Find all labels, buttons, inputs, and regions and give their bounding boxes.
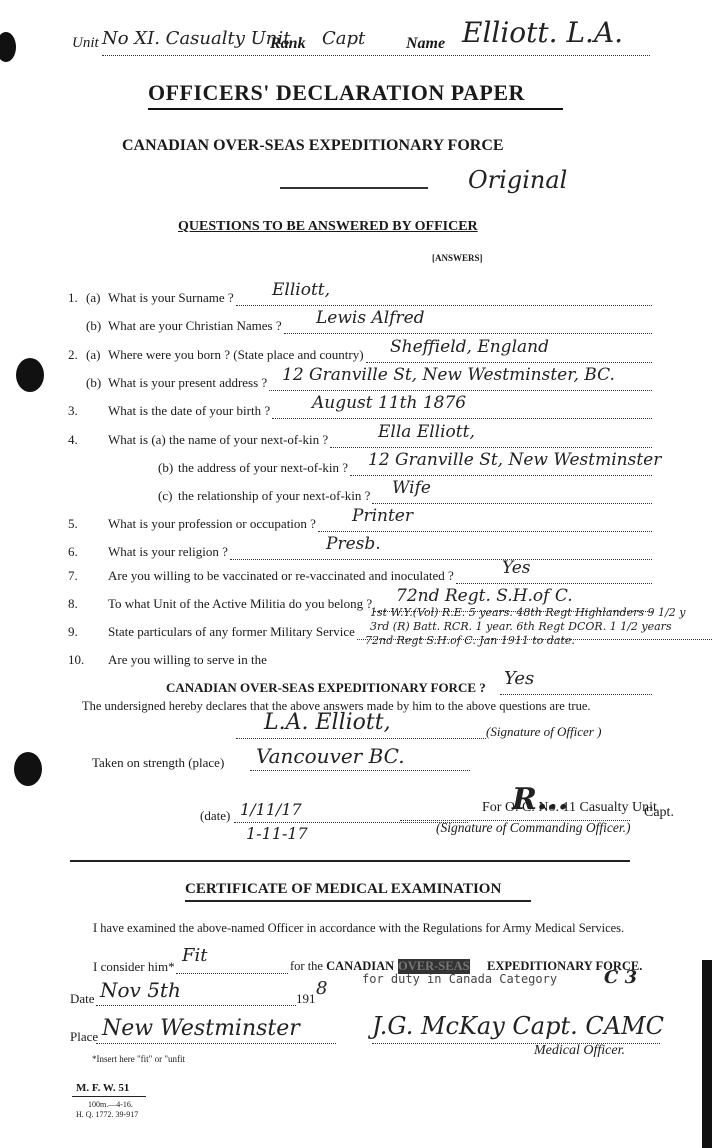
- consider-value: Fit: [182, 945, 207, 966]
- rank-label: Rank: [270, 35, 306, 53]
- answer-line: [284, 333, 652, 334]
- answer-line: [357, 639, 712, 640]
- question-answer: Yes: [502, 558, 531, 578]
- answer-line: [456, 583, 652, 584]
- date-value: 1/11/17: [240, 800, 302, 819]
- question-answer: Yes: [504, 668, 534, 689]
- question-number: 2.: [68, 347, 78, 363]
- question-text: Where were you born ? (State place and c…: [108, 347, 364, 363]
- question-answer-line: 1st W.Y.(Vol) R.E. 5 years. 48th Regt Hi…: [370, 606, 685, 619]
- medical-date-line: [96, 1005, 296, 1006]
- question-text: Are you willing to be vaccinated or re-v…: [108, 568, 454, 584]
- medical-statement: I have examined the above-named Officer …: [93, 921, 624, 936]
- document-title: OFFICERS' DECLARATION PAPER: [148, 80, 525, 106]
- answer-line: [269, 390, 652, 391]
- taken-on-strength-label: Taken on strength (place): [92, 755, 224, 771]
- answer-line: [500, 694, 652, 695]
- co-signature-label: (Signature of Commanding Officer.): [436, 820, 630, 836]
- question-text: What is (a) the name of your next-of-kin…: [108, 432, 328, 448]
- question-number: 7.: [68, 568, 78, 584]
- medical-date-value: Nov 5th: [100, 978, 181, 1002]
- question-text: What is your religion ?: [108, 544, 228, 560]
- date-label: (date): [200, 808, 230, 824]
- answer-line: [366, 362, 652, 363]
- question-text: What are your Christian Names ?: [108, 318, 282, 334]
- officer-signature-label: (Signature of Officer ): [486, 724, 601, 740]
- name-label: Name: [406, 35, 445, 53]
- header-underline: [102, 55, 650, 56]
- medical-heading-underline: [185, 900, 531, 902]
- question-answer: Elliott,: [272, 280, 330, 300]
- answer-line: [330, 447, 652, 448]
- question-answer: Printer: [352, 506, 413, 526]
- question-text: the relationship of your next-of-kin ?: [178, 488, 370, 504]
- place-line: [250, 770, 470, 771]
- form-code-underline: [72, 1096, 146, 1097]
- section-divider: [70, 860, 630, 862]
- rank-value: Capt: [322, 28, 365, 49]
- copy-mark: Original: [468, 166, 567, 194]
- category-value: C 3: [604, 967, 637, 988]
- question-text-2: CANADIAN OVER-SEAS EXPEDITIONARY FORCE ?: [166, 680, 486, 696]
- question-text: To what Unit of the Active Militia do yo…: [108, 596, 372, 612]
- question-answer: Sheffield, England: [390, 337, 549, 357]
- answer-line: [272, 418, 652, 419]
- question-text: State particulars of any former Military…: [108, 624, 355, 640]
- punch-hole: [16, 358, 44, 392]
- answer-line: [350, 475, 652, 476]
- footnote: *Insert here "fit" or "unfit: [92, 1054, 185, 1064]
- question-answer: 12 Granville St, New Westminster, BC.: [282, 365, 615, 385]
- question-text: What is the date of your birth ?: [108, 403, 270, 419]
- consider-line: [176, 973, 288, 974]
- question-text: What is your Surname ?: [108, 290, 234, 306]
- date-value-alt: 1-11-17: [246, 824, 308, 843]
- question-answer: 12 Granville St, New Westminster: [368, 450, 661, 470]
- medical-place-value: New Westminster: [102, 1016, 300, 1041]
- question-answer: Wife: [392, 478, 431, 498]
- punch-hole: [14, 752, 42, 786]
- question-text: the address of your next-of-kin ?: [178, 460, 348, 476]
- divider: [280, 187, 428, 189]
- answers-label: [ANSWERS]: [432, 253, 483, 263]
- question-sub: (b): [86, 318, 101, 334]
- consider-label: I consider him*: [93, 959, 175, 975]
- question-number: 9.: [68, 624, 78, 640]
- place-value: Vancouver BC.: [256, 744, 405, 768]
- form-code-line1: 100m.—4-16.: [88, 1100, 133, 1109]
- question-answer: August 11th 1876: [312, 393, 466, 413]
- medical-heading: CERTIFICATE OF MEDICAL EXAMINATION: [185, 881, 501, 898]
- question-text: Are you willing to serve in the: [108, 652, 267, 668]
- typed-note: for duty in Canada Category: [362, 972, 557, 986]
- question-number: 3.: [68, 403, 78, 419]
- title-underline: [148, 108, 563, 110]
- question-number: 1.: [68, 290, 78, 306]
- question-sub: (b): [86, 375, 101, 391]
- form-code-line2: H. Q. 1772. 39-917: [76, 1110, 138, 1119]
- name-value: Elliott. L.A.: [462, 16, 623, 49]
- document-subtitle: CANADIAN OVER-SEAS EXPEDITIONARY FORCE: [122, 137, 504, 155]
- year-prefix: 191: [296, 991, 316, 1007]
- unit-label: Unit: [72, 35, 99, 52]
- question-number: 10.: [68, 652, 84, 668]
- question-sub: (b): [158, 460, 173, 476]
- question-answer-line: 3rd (R) Batt. RCR. 1 year. 6th Regt DCOR…: [370, 620, 672, 633]
- question-number: 6.: [68, 544, 78, 560]
- question-text: What is your present address ?: [108, 375, 267, 391]
- question-number: 5.: [68, 516, 78, 532]
- medical-date-label: Date: [70, 991, 95, 1007]
- answer-line: [372, 503, 652, 504]
- answer-line: [236, 305, 652, 306]
- question-number: 8.: [68, 596, 78, 612]
- answer-line: [230, 559, 652, 560]
- question-answer: Presb.: [326, 534, 381, 554]
- unit-value: No XI. Casualty Unit: [102, 28, 290, 49]
- medical-officer-label: Medical Officer.: [534, 1043, 625, 1059]
- question-number: 4.: [68, 432, 78, 448]
- answer-line: [318, 531, 652, 532]
- question-answer: Ella Elliott,: [378, 422, 475, 442]
- officer-signature-line: [236, 738, 486, 739]
- punch-hole: [0, 32, 16, 62]
- officer-signature: L.A. Elliott,: [264, 710, 391, 735]
- year-value: 8: [316, 978, 327, 999]
- medical-place-label: Place: [70, 1029, 98, 1045]
- date-line: [234, 822, 468, 823]
- question-text: What is your profession or occupation ?: [108, 516, 316, 532]
- question-sub: (a): [86, 347, 100, 363]
- question-answer: 72nd Regt. S.H.of C.: [396, 586, 573, 606]
- question-sub: (a): [86, 290, 100, 306]
- question-answer: Lewis Alfred: [316, 308, 425, 328]
- questions-heading: QUESTIONS TO BE ANSWERED BY OFFICER: [178, 219, 478, 235]
- question-sub: (c): [158, 488, 172, 504]
- medical-signature: J.G. McKay Capt. CAMC: [372, 1012, 664, 1040]
- question-answer-line: 72nd Regt S.H.of C. Jan 1911 to date.: [365, 634, 575, 647]
- form-code: M. F. W. 51: [76, 1082, 129, 1094]
- medical-place-line: [96, 1043, 336, 1044]
- scan-edge: [702, 960, 712, 1148]
- co-unit: For O. C. No. 11 Casualty Unit: [482, 800, 657, 816]
